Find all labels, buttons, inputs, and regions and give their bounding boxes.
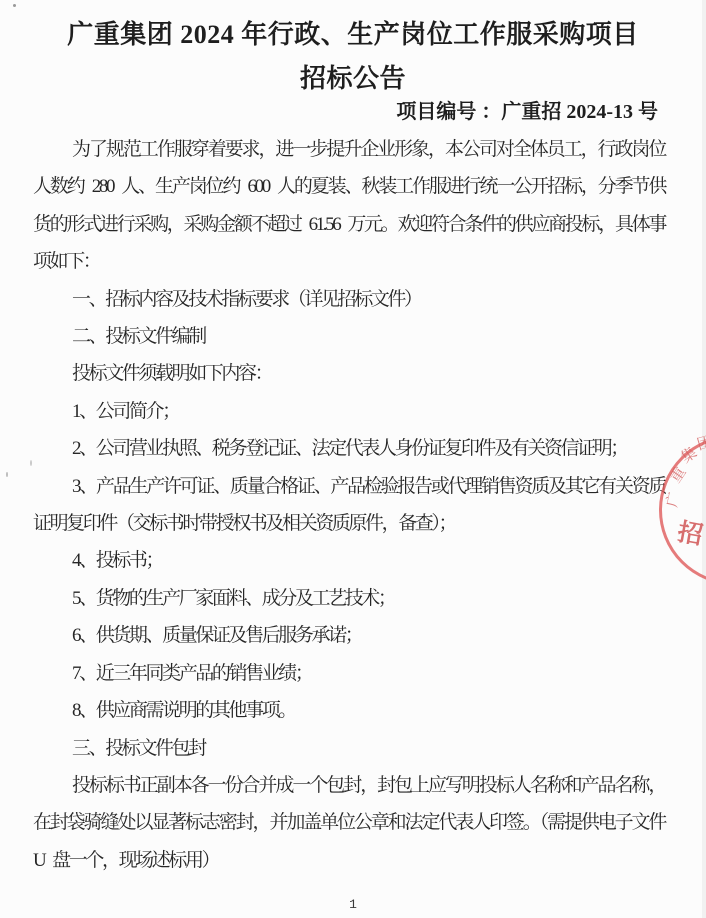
page-number: 1 bbox=[0, 897, 706, 912]
project-number: 项目编号 ：广重招 2024-13 号 bbox=[0, 99, 706, 125]
scan-speck bbox=[6, 472, 8, 477]
sealing-paragraph: 投标标书正副本各一份合并成一个包封，封包上应写明投标人名称和产品名称，在封袋骑缝… bbox=[33, 767, 665, 879]
bid-item-4: 4、投标书； bbox=[33, 542, 665, 579]
bid-item-1: 1、公司简介； bbox=[33, 393, 665, 430]
bid-doc-contents-lead: 投标文件须载明如下内容： bbox=[33, 355, 665, 392]
scan-speck bbox=[13, 4, 16, 7]
document-title-line2: 招标公告 bbox=[0, 57, 706, 101]
bid-item-3: 3、产品生产许可证、质量合格证、产品检验报告或代理销售资质及其它有关资质证明复印… bbox=[33, 468, 665, 543]
bid-item-7: 7、近三年同类产品的销售业绩； bbox=[33, 655, 665, 692]
scan-edge-shadow bbox=[702, 0, 706, 918]
section-two-heading: 二、投标文件编制 bbox=[33, 318, 665, 355]
seal-arc-char: 重 bbox=[665, 462, 691, 486]
document-page: 广重集团 2024 年行政、生产岗位工作服采购项目 招标公告 项目编号 ：广重招… bbox=[0, 0, 706, 918]
seal-arc-char: 集 bbox=[676, 442, 700, 468]
section-one-heading: 一、招标内容及技术指标要求（详见招标文件） bbox=[33, 281, 665, 318]
document-title-line1: 广重集团 2024 年行政、生产岗位工作服采购项目 bbox=[0, 13, 706, 57]
bid-item-5: 5、货物的生产厂家面料、成分及工艺技术； bbox=[33, 580, 665, 617]
bid-item-8: 8、供应商需说明的其他事项。 bbox=[33, 692, 665, 729]
bid-item-2: 2、公司营业执照、税务登记证、法定代表人身份证复印件及有关资信证明； bbox=[33, 430, 665, 467]
document-body: 为了规范工作服穿着要求，进一步提升企业形象，本公司对全体员工，行政岗位人数约 2… bbox=[33, 131, 665, 879]
intro-paragraph: 为了规范工作服穿着要求，进一步提升企业形象，本公司对全体员工，行政岗位人数约 2… bbox=[33, 131, 665, 281]
scan-speck bbox=[30, 460, 32, 466]
section-three-heading: 三、投标文件包封 bbox=[33, 730, 665, 767]
bid-item-6: 6、供货期、质量保证及售后服务承诺； bbox=[33, 617, 665, 654]
seal-ring bbox=[659, 435, 706, 585]
official-seal: 广 重 集 团 招 bbox=[659, 435, 706, 585]
